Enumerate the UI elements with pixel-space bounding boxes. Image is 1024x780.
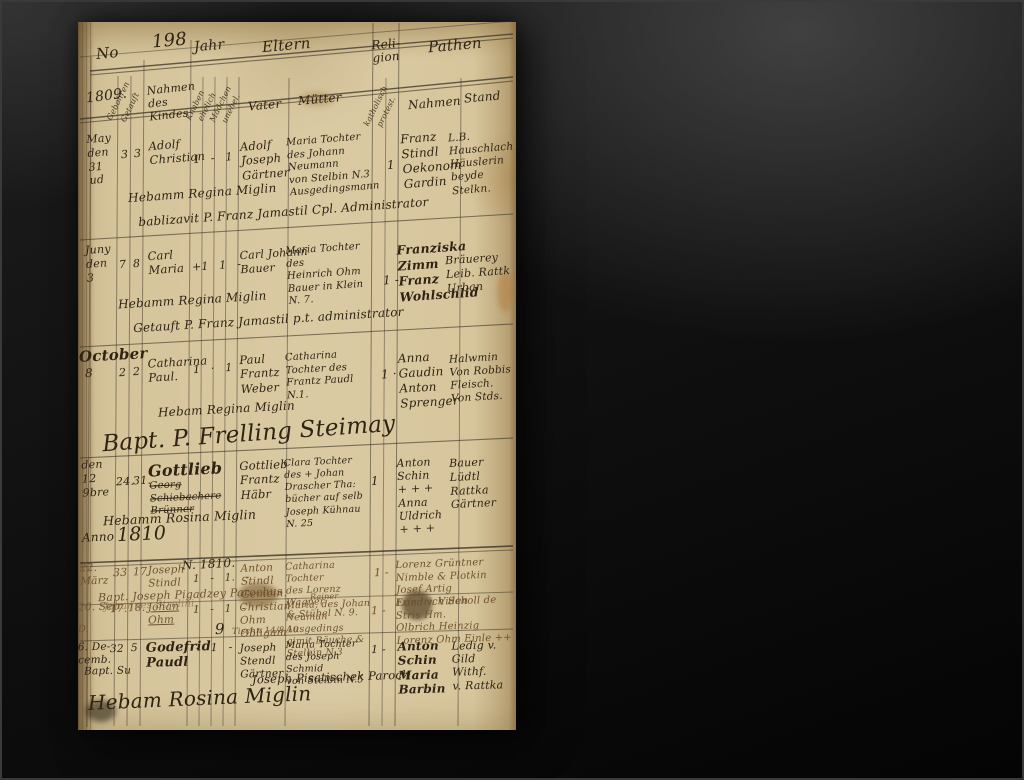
record-2-mother: Maria Tochter des Heinrich Ohm Bauer in … bbox=[285, 240, 375, 308]
record-2-date: Juny den 3 bbox=[85, 242, 113, 285]
record-3-num1: 2 bbox=[119, 366, 127, 380]
record-2-child-name: Carl Maria bbox=[147, 247, 184, 278]
record-4-godparent-names: Anton Schin + + + Anna Uldrich + + + bbox=[396, 455, 443, 536]
record-7-godparent-stand: Ledig v. Gild Withf. v. Rattka bbox=[451, 638, 503, 692]
no-column-header: No bbox=[95, 43, 119, 64]
record-3-father: Paul Frantz Weber bbox=[239, 351, 281, 396]
record-5-child-name: Joseph Stindl bbox=[148, 563, 186, 591]
record-7-date: 6. De- cemb. bbox=[78, 641, 112, 668]
record-7-num1: 32 bbox=[110, 643, 124, 656]
record-3-godparent-stand: Halwmin Von Robbis Fleisch. Von Stds. bbox=[449, 350, 514, 406]
record-6-margin-number: 9 bbox=[215, 620, 225, 639]
page-number: 198 bbox=[151, 29, 188, 54]
record-1-date: May den 31 ud bbox=[86, 131, 115, 188]
record-5-num1: 33 bbox=[113, 566, 128, 580]
record-1-num2: 3 bbox=[133, 147, 141, 161]
record-6-num2: 18. bbox=[128, 602, 146, 616]
record-7-num2: 5 bbox=[131, 642, 138, 655]
record-5-religion-mark: 1 - bbox=[374, 566, 389, 580]
record-3-date-month: October bbox=[79, 344, 148, 367]
record-3-religion-mark: 1 · bbox=[381, 367, 398, 383]
jahr-header: Jahr bbox=[193, 37, 225, 57]
record-6-margin-note: Tischn 14/8 10 bbox=[232, 625, 299, 638]
record-2-num2: 8 bbox=[133, 257, 141, 271]
record-1-father: Adolf Joseph Gärtner bbox=[239, 136, 290, 183]
pathen-stand-header: Stand bbox=[463, 88, 501, 106]
record-6-child-name: Johan Ohm bbox=[148, 601, 180, 628]
record-7-tally-marks: - 1 - bbox=[196, 641, 233, 656]
record-4-godparent-stand: Bauer Lüdtl Rattka Gärtner bbox=[449, 455, 497, 512]
vater-header: Vater bbox=[247, 97, 282, 115]
record-2-godparent-stand: Bräuerey Leib. Rattk Urban bbox=[445, 250, 514, 296]
record-6-tally-marks: 1 - 1 - bbox=[193, 602, 246, 617]
record-1-religion-mark: 1 bbox=[386, 158, 395, 174]
record-7-baptizer-note: Bapt. Su bbox=[84, 664, 131, 678]
record-6-date-extra: D. bbox=[78, 624, 90, 637]
record-3-tally-marks: 1 · 1 bbox=[193, 361, 233, 377]
record-7-religion-mark: 1 - bbox=[371, 643, 386, 657]
record-3-date-day: 8 bbox=[85, 366, 94, 381]
record-4-religion-mark: 1 bbox=[371, 474, 380, 489]
record-3-num2: 2 bbox=[133, 365, 141, 379]
record-1-godparent-stand: L.B. Hauschlach Häuslerin beyde Stelkn. bbox=[448, 128, 515, 198]
record-5-date: 22. März bbox=[80, 562, 109, 589]
record-6-num1: 17. bbox=[110, 603, 128, 617]
record-3-mother: Catharina Tochter des Frantz Paudl N.1. bbox=[285, 348, 376, 403]
record-2-religion-mark: 1 - bbox=[383, 272, 400, 288]
record-4-mother: Clara Tochter des + Johan Drascher Tha: … bbox=[283, 454, 376, 531]
record-4-num1: 24. bbox=[116, 475, 135, 490]
record-5-year-note: N. 1810. bbox=[182, 556, 236, 574]
record-4-father: Gottlieb Frantz Häbr bbox=[239, 457, 289, 502]
record-6-religion-mark: 1 - bbox=[371, 604, 386, 618]
record-4-date: den 12 9bre bbox=[81, 457, 109, 499]
record-2-num1: 7 bbox=[119, 258, 127, 272]
record-1-num1: 3 bbox=[120, 148, 128, 162]
scan-background: No 198 Jahr Eltern Reli- gion Pathen 180… bbox=[0, 0, 1024, 780]
record-1-mother: Maria Tochter des Johann Neumann von Ste… bbox=[286, 131, 375, 200]
anno-label: Anno bbox=[82, 529, 115, 545]
religion-header: Reli- gion bbox=[371, 37, 402, 66]
anno-year-1810: 1810 bbox=[117, 522, 167, 548]
